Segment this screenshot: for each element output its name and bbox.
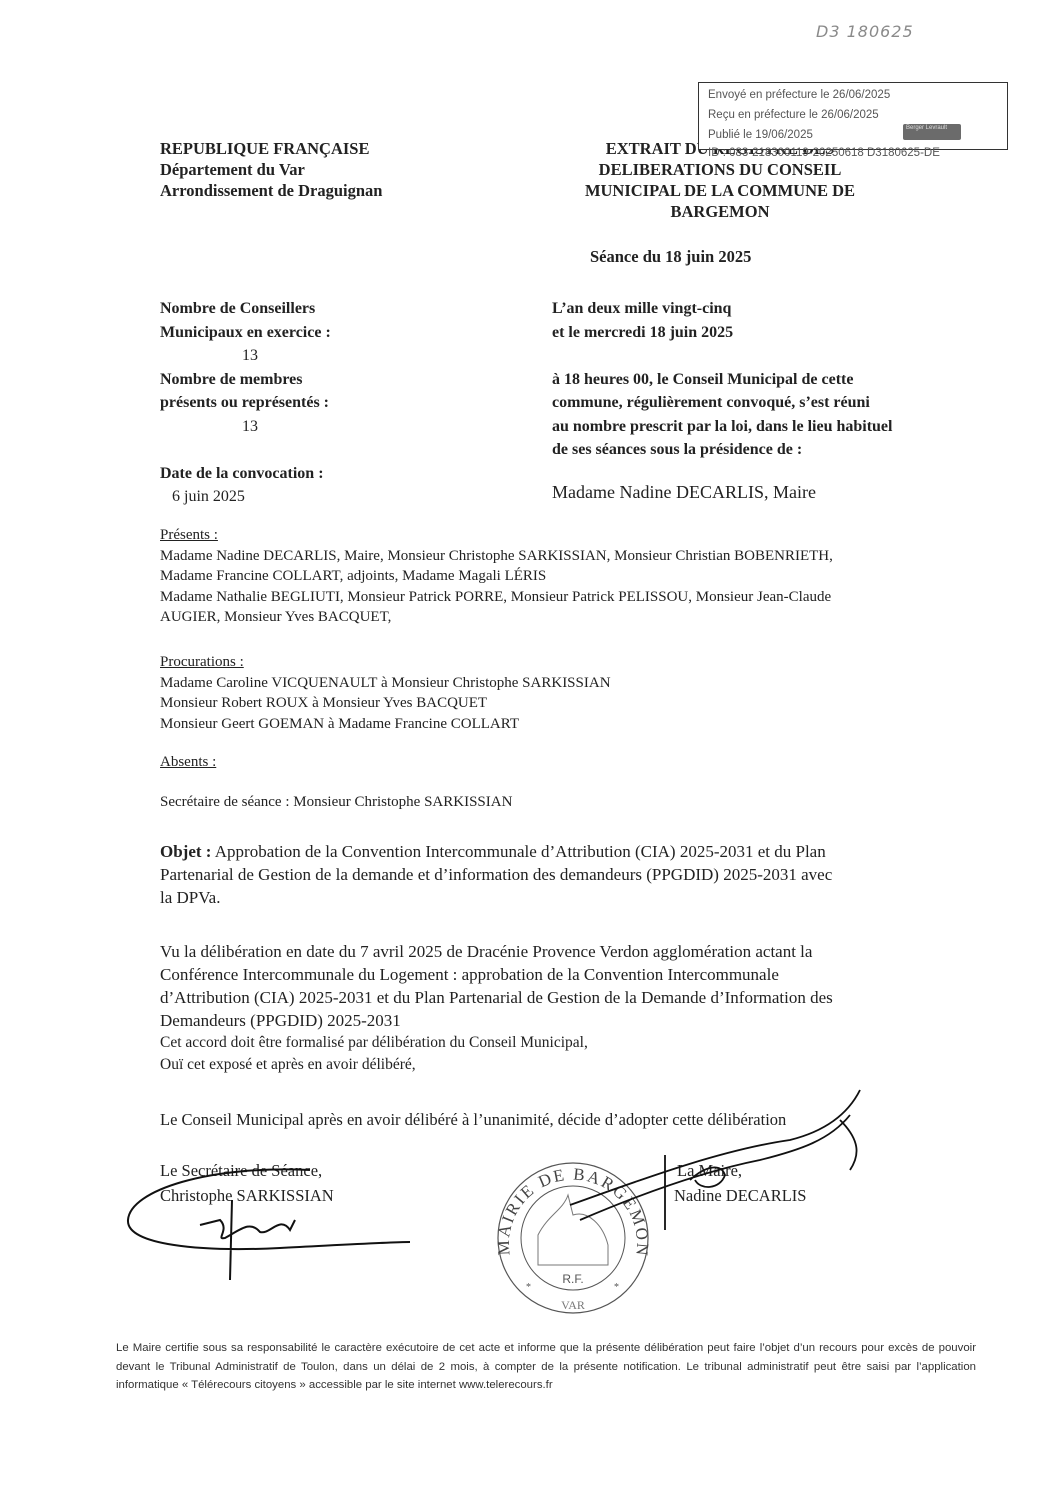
meeting-text-2: commune, régulièrement convoqué, s’est r… [552,391,892,415]
convocation-value: 6 juin 2025 [160,485,331,509]
procuration-line: Madame Caroline VICQUENAULT à Monsieur C… [160,673,611,694]
considerant-line: Demandeurs (PPGDID) 2025-2031 [160,1009,980,1032]
svg-text:*: * [526,1282,531,1293]
right-info: L’an deux mille vingt-cinq et le mercred… [552,297,892,462]
conseillers-label: Nombre de Conseillers [160,297,331,321]
handwritten-reference: D3 180625 [816,22,914,41]
left-info: Nombre de Conseillers Municipaux en exer… [160,297,331,509]
berger-levrault-badge: Berger Levrault [903,124,961,140]
membres-value: 13 [160,415,331,439]
meeting-text-4: de ses séances sous la présidence de : [552,438,892,462]
seance-date: Séance du 18 juin 2025 [590,247,751,267]
considerant-line: d’Attribution (CIA) 2025-2031 et du Plan… [160,986,980,1009]
stamp-published: Publié le 19/06/2025 [708,129,813,141]
membres-label: Nombre de membres [160,368,331,392]
membres-label-2: présents ou représentés : [160,391,331,415]
seal-center-text: R.F. [562,1272,583,1286]
convocation-label: Date de la convocation : [160,462,331,486]
president-name: Madame Nadine DECARLIS, Maire [552,482,816,503]
year-text: L’an deux mille vingt-cinq [552,297,892,321]
conseillers-label-2: Municipaux en exercice : [160,321,331,345]
date-text: et le mercredi 18 juin 2025 [552,321,892,345]
secretaire-signature-icon [120,1160,420,1270]
header-left: REPUBLIQUE FRANÇAISE Département du Var … [160,138,382,201]
svg-text:*: * [614,1282,619,1293]
objet-line: la DPVa. [160,886,980,909]
procuration-line: Monsieur Geert GOEMAN à Madame Francine … [160,714,611,735]
conseillers-value: 13 [160,344,331,368]
considerant-line: Ouï cet exposé et après en avoir délibér… [160,1054,980,1076]
considerant-section: Vu la délibération en date du 7 avril 20… [160,940,980,1076]
considerant-line: Vu la délibération en date du 7 avril 20… [160,940,980,963]
presents-line: Madame Nathalie BEGLIUTI, Monsieur Patri… [160,587,833,608]
presents-section: Présents : Madame Nadine DECARLIS, Maire… [160,525,833,628]
stamp-sent: Envoyé en préfecture le 26/06/2025 [708,89,890,101]
considerant-line: Cet accord doit être formalisé par délib… [160,1032,980,1054]
procurations-label: Procurations : [160,652,611,673]
republique: REPUBLIQUE FRANÇAISE [160,138,382,159]
objet-label: Objet : [160,842,211,861]
presents-line: AUGIER, Monsieur Yves BACQUET, [160,607,833,628]
prefecture-stamp: Envoyé en préfecture le 26/06/2025 Reçu … [698,82,1008,150]
commune-name: BARGEMON [530,201,910,222]
objet-section: Objet : Approbation de la Convention Int… [160,840,980,909]
departement: Département du Var [160,159,382,180]
stamp-received: Reçu en préfecture le 26/06/2025 [708,109,879,121]
secretaire-seance: Secrétaire de séance : Monsieur Christop… [160,792,512,813]
considerant-line: Conférence Intercommunale du Logement : … [160,963,980,986]
maire-signature-icon [560,1080,880,1240]
objet-line: Approbation de la Convention Intercommun… [211,842,825,861]
arrondissement: Arrondissement de Draguignan [160,180,382,201]
objet-line: Partenarial de Gestion de la demande et … [160,863,980,886]
legal-footer: Le Maire certifie sous sa responsabilité… [116,1339,976,1395]
presents-label: Présents : [160,525,833,546]
extrait-line-3: MUNICIPAL DE LA COMMUNE DE [530,180,910,201]
presents-line: Madame Francine COLLART, adjoints, Madam… [160,566,833,587]
procurations-section: Procurations : Madame Caroline VICQUENAU… [160,652,611,734]
meeting-text-1: à 18 heures 00, le Conseil Municipal de … [552,368,892,392]
procuration-line: Monsieur Robert ROUX à Monsieur Yves BAC… [160,693,611,714]
meeting-text-3: au nombre prescrit par la loi, dans le l… [552,415,892,439]
extrait-line-2: DELIBERATIONS DU CONSEIL [530,159,910,180]
stamp-id: ID : 083-218300119-20250618 D3180625-DE [708,147,940,159]
absents-label: Absents : [160,752,216,773]
presents-line: Madame Nadine DECARLIS, Maire, Monsieur … [160,546,833,567]
seal-bottom-text: VAR [561,1298,585,1312]
